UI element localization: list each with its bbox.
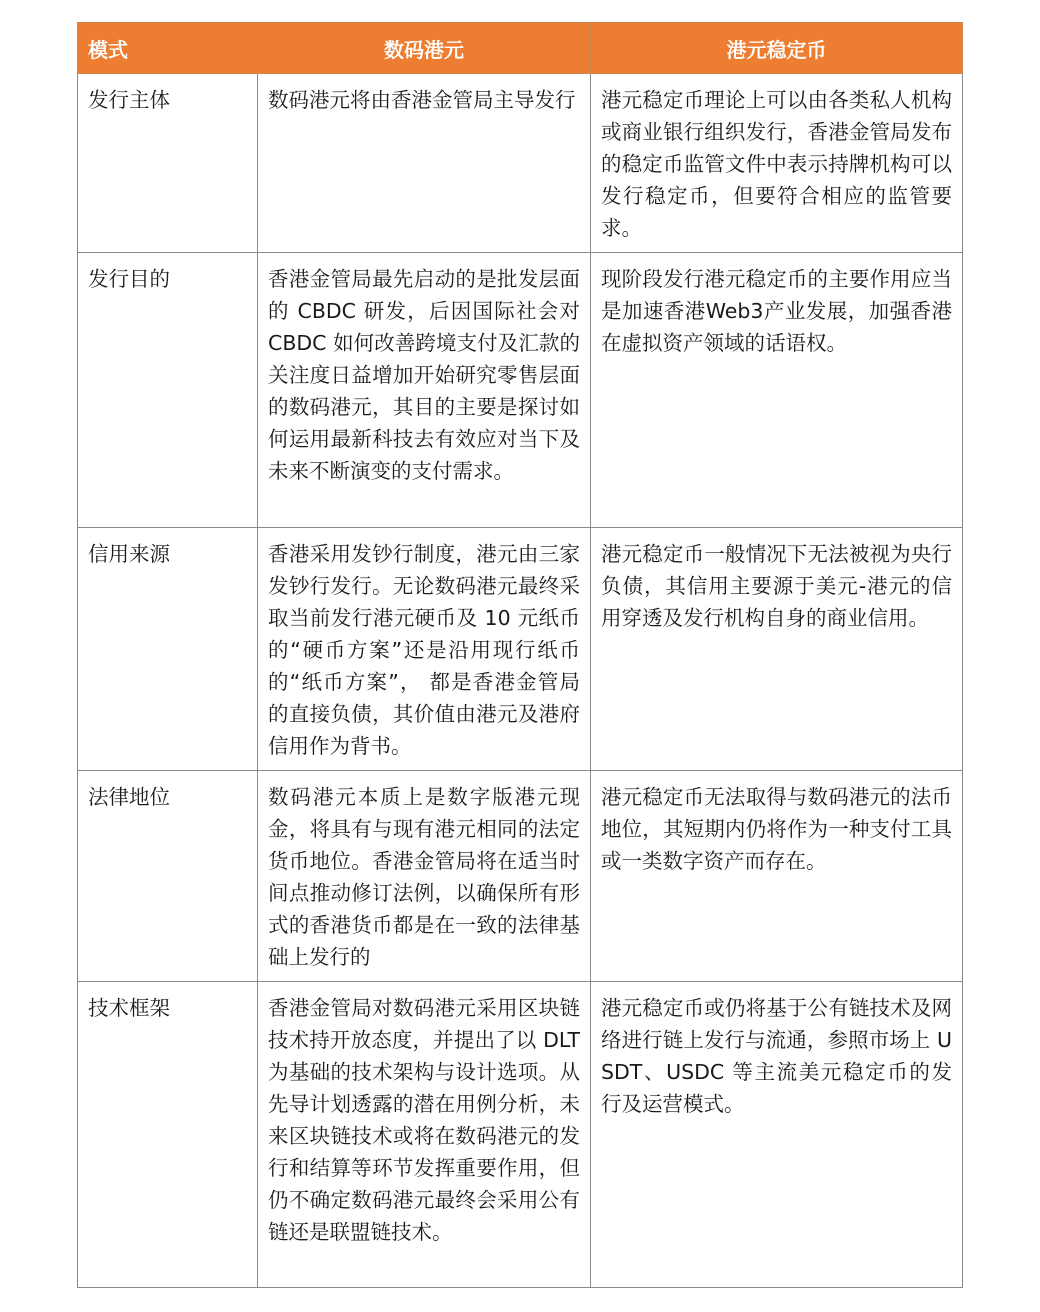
header-row: 模式 数码港元 港元稳定币	[78, 23, 963, 74]
row-label-purpose: 发行目的	[78, 253, 258, 528]
row-label-issuer: 发行主体	[78, 74, 258, 253]
cell-hkd-stablecoin: 港元稳定币或仍将基于公有链技术及网络进行链上发行与流通，参照市场上 USDT、U…	[591, 982, 963, 1288]
cell-digital-hkd: 香港金管局最先启动的是批发层面的 CBDC 研发，后因国际社会对 CBDC 如何…	[258, 253, 591, 528]
cell-hkd-stablecoin: 港元稳定币理论上可以由各类私人机构或商业银行组织发行，香港金管局发布的稳定币监管…	[591, 74, 963, 253]
cell-digital-hkd: 数码港元本质上是数字版港元现金，将具有与现有港元相同的法定货币地位。香港金管局将…	[258, 771, 591, 982]
comparison-table: 模式 数码港元 港元稳定币 发行主体 数码港元将由香港金管局主导发行 港元稳定币…	[77, 22, 963, 1288]
cell-hkd-stablecoin: 港元稳定币无法取得与数码港元的法币地位，其短期内仍将作为一种支付工具或一类数字资…	[591, 771, 963, 982]
table-header: 模式 数码港元 港元稳定币	[78, 23, 963, 74]
table-row: 发行目的 香港金管局最先启动的是批发层面的 CBDC 研发，后因国际社会对 CB…	[78, 253, 963, 528]
table-row: 发行主体 数码港元将由香港金管局主导发行 港元稳定币理论上可以由各类私人机构或商…	[78, 74, 963, 253]
cell-hkd-stablecoin: 现阶段发行港元稳定币的主要作用应当是加速香港Web3产业发展，加强香港在虚拟资产…	[591, 253, 963, 528]
row-label-credit-source: 信用来源	[78, 528, 258, 771]
cell-hkd-stablecoin: 港元稳定币一般情况下无法被视为央行负债，其信用主要源于美元-港元的信用穿透及发行…	[591, 528, 963, 771]
row-label-legal-status: 法律地位	[78, 771, 258, 982]
header-mode: 模式	[78, 23, 258, 74]
cell-digital-hkd: 数码港元将由香港金管局主导发行	[258, 74, 591, 253]
row-label-tech-framework: 技术框架	[78, 982, 258, 1288]
header-digital-hkd: 数码港元	[258, 23, 591, 74]
table-row: 技术框架 香港金管局对数码港元采用区块链技术持开放态度，并提出了以 DLT 为基…	[78, 982, 963, 1288]
table-row: 信用来源 香港采用发钞行制度，港元由三家发钞行发行。无论数码港元最终采取当前发行…	[78, 528, 963, 771]
table-row: 法律地位 数码港元本质上是数字版港元现金，将具有与现有港元相同的法定货币地位。香…	[78, 771, 963, 982]
table-body: 发行主体 数码港元将由香港金管局主导发行 港元稳定币理论上可以由各类私人机构或商…	[78, 74, 963, 1288]
cell-digital-hkd: 香港采用发钞行制度，港元由三家发钞行发行。无论数码港元最终采取当前发行港元硬币及…	[258, 528, 591, 771]
header-hkd-stablecoin: 港元稳定币	[591, 23, 963, 74]
cell-digital-hkd: 香港金管局对数码港元采用区块链技术持开放态度，并提出了以 DLT 为基础的技术架…	[258, 982, 591, 1288]
